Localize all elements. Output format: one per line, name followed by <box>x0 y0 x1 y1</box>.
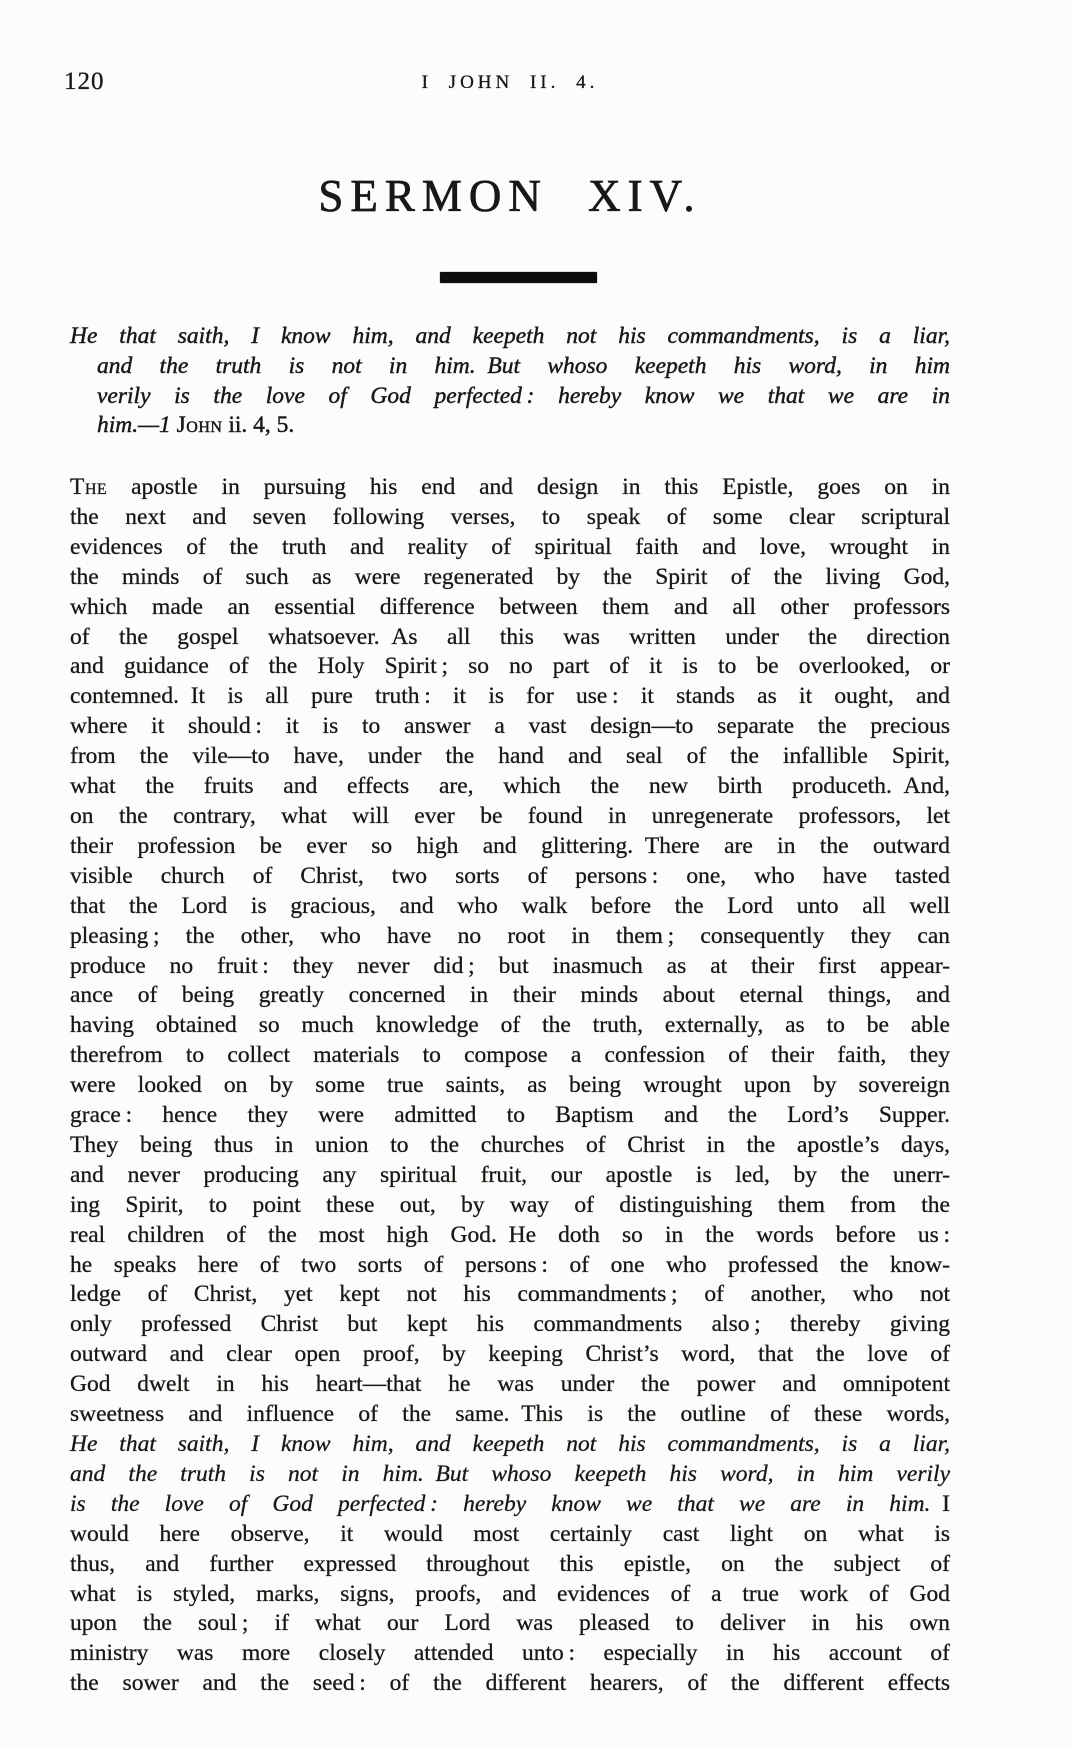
text-line: produce no fruit : they never did ; but … <box>70 952 950 982</box>
text-line: real children of the most high God. He d… <box>70 1221 950 1251</box>
running-title: I JOHN II. 4. <box>70 72 950 94</box>
text-line: They being thus in union to the churches… <box>70 1131 950 1161</box>
text-line: ance of being greatly concerned in their… <box>70 981 950 1011</box>
text-line: is the love of God perfected : hereby kn… <box>70 1490 950 1520</box>
text-line: and guidance of the Holy Spirit ; so no … <box>70 652 950 682</box>
text-line: sweetness and influence of the same. Thi… <box>70 1400 950 1430</box>
text-line: him.—1 John ii. 4, 5. <box>70 411 950 441</box>
title-divider-rule <box>440 272 597 283</box>
text-line: verily is the love of God perfected : he… <box>70 382 950 412</box>
text-line: were looked on by some true saints, as b… <box>70 1071 950 1101</box>
text-line: their profession be ever so high and gli… <box>70 832 950 862</box>
text-line: and never producing any spiritual fruit,… <box>70 1161 950 1191</box>
text-line: he speaks here of two sorts of persons :… <box>70 1251 950 1281</box>
text-line: only professed Christ but kept his comma… <box>70 1310 950 1340</box>
text-line: and the truth is not in him. But whoso k… <box>70 1460 950 1490</box>
text-line: the next and seven following verses, to … <box>70 503 950 533</box>
text-line: ledge of Christ, yet kept not his comman… <box>70 1280 950 1310</box>
text-line: He that saith, I know him, and keepeth n… <box>70 1430 950 1460</box>
text-line: of the gospel whatsoever. As all this wa… <box>70 623 950 653</box>
text-line: having obtained so much knowledge of the… <box>70 1011 950 1041</box>
text-line: God dwelt in his heart—that he was under… <box>70 1370 950 1400</box>
text-line: from the vile—to have, under the hand an… <box>70 742 950 772</box>
text-line: thus, and further expressed throughout t… <box>70 1550 950 1580</box>
text-line: and the truth is not in him. But whoso k… <box>70 352 950 382</box>
text-line: outward and clear open proof, by keeping… <box>70 1340 950 1370</box>
text-line: which made an essential difference betwe… <box>70 593 950 623</box>
epigraph-scripture-text: He that saith, I know him, and keepeth n… <box>70 322 950 441</box>
text-line: what is styled, marks, signs, proofs, an… <box>70 1580 950 1610</box>
text-line: ministry was more closely attended unto … <box>70 1639 950 1669</box>
text-line: grace : hence they were admitted to Bapt… <box>70 1101 950 1131</box>
text-line: therefrom to collect materials to compos… <box>70 1041 950 1071</box>
text-line: the minds of such as were regenerated by… <box>70 563 950 593</box>
book-page: 120 I JOHN II. 4. SERMON XIV. He that sa… <box>0 0 1071 1748</box>
text-line: on the contrary, what will ever be found… <box>70 802 950 832</box>
text-line: where it should : it is to answer a vast… <box>70 712 950 742</box>
text-line: He that saith, I know him, and keepeth n… <box>70 322 950 352</box>
text-line: contemned. It is all pure truth : it is … <box>70 682 950 712</box>
text-line: The apostle in pursuing his end and desi… <box>70 473 950 503</box>
text-line: evidences of the truth and reality of sp… <box>70 533 950 563</box>
text-line: that the Lord is gracious, and who walk … <box>70 892 950 922</box>
sermon-title: SERMON XIV. <box>70 170 950 222</box>
text-line: pleasing ; the other, who have no root i… <box>70 922 950 952</box>
sermon-body-text: The apostle in pursuing his end and desi… <box>70 473 950 1699</box>
text-line: visible church of Christ, two sorts of p… <box>70 862 950 892</box>
text-line: would here observe, it would most certai… <box>70 1520 950 1550</box>
text-line: upon the soul ; if what our Lord was ple… <box>70 1609 950 1639</box>
text-line: ing Spirit, to point these out, by way o… <box>70 1191 950 1221</box>
text-line: what the fruits and effects are, which t… <box>70 772 950 802</box>
text-line: the sower and the seed : of the differen… <box>70 1669 950 1699</box>
